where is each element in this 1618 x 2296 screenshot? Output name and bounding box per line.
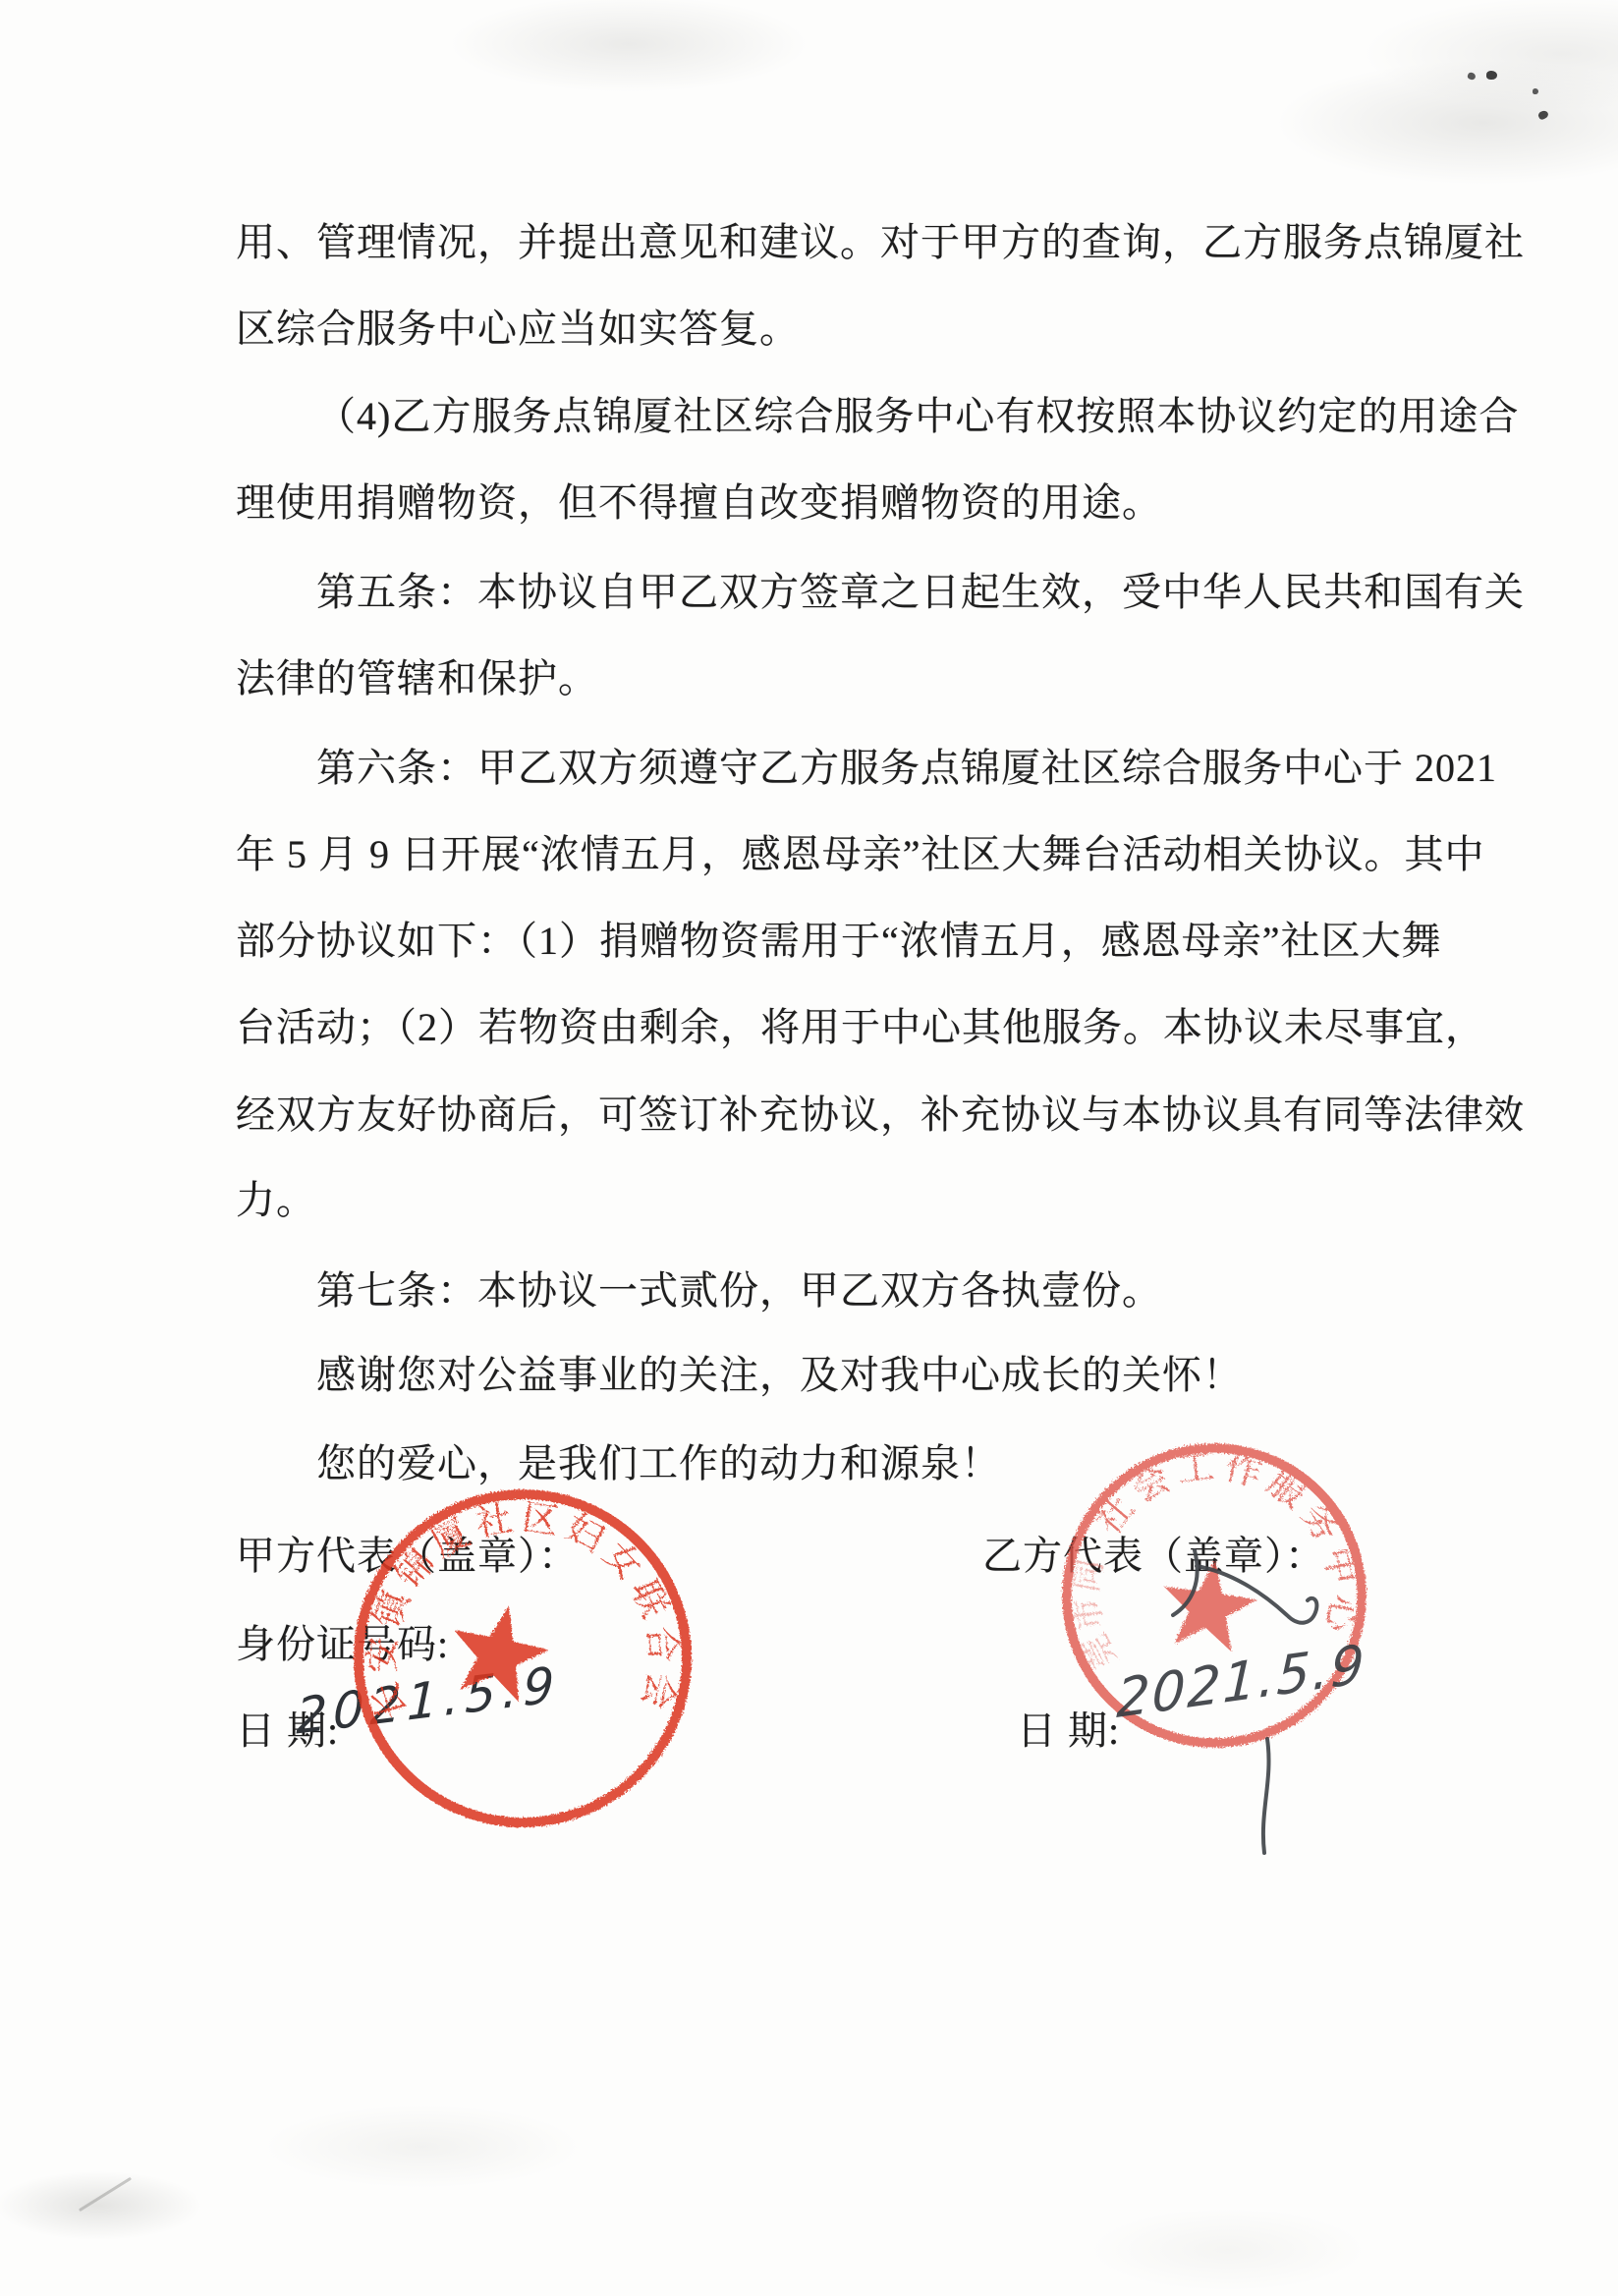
scan-speckle (1533, 88, 1538, 94)
handwritten-signature-party-b: 2021.5.9 (1032, 1356, 1444, 1867)
body-line: 理使用捐赠物资，但不得擅自改变捐赠物资的用途。 (236, 478, 1162, 528)
body-line: 第五条：本协议自甲乙双方签章之日起生效，受中华人民共和国有关 (316, 568, 1525, 617)
body-line: （4)乙方服务点锦厦社区综合服务中心有权按照本协议约定的用途合 (316, 392, 1519, 441)
body-line: 年 5 月 9 日开展“浓情五月，感恩母亲”社区大舞台活动相关协议。其中 (236, 830, 1485, 879)
party-b-signature-label: 乙方代表（盖章）： (982, 1525, 1325, 1581)
date-label-party-b: 日 期: (1017, 1700, 1120, 1756)
id-number-label: 身份证号码: (236, 1613, 449, 1669)
body-line: 区综合服务中心应当如实答复。 (236, 305, 800, 354)
party-a-signature-label: 甲方代表（盖章）： (236, 1525, 579, 1581)
body-line: 台活动；（2）若物资由剩余，将用于中心其他服务。本协议未尽事宜， (236, 1003, 1485, 1052)
scanned-document-page: 用、管理情况，并提出意见和建议。对于甲方的查询，乙方服务点锦厦社 区综合服务中心… (0, 0, 1618, 2296)
body-line: 您的爱心，是我们工作的动力和源泉！ (316, 1439, 1001, 1488)
scan-speckle (1467, 72, 1477, 81)
scan-scratch-mark (79, 2177, 132, 2212)
body-line: 用、管理情况，并提出意见和建议。对于甲方的查询，乙方服务点锦厦社 (236, 218, 1525, 267)
body-line: 经双方友好协商后，可签订补充协议，补充协议与本协议具有同等法律效 (236, 1091, 1525, 1140)
scan-speckle (1537, 109, 1549, 120)
body-line: 力。 (236, 1176, 316, 1225)
body-line: 法律的管辖和保护。 (236, 654, 598, 703)
body-line: 感谢您对公益事业的关注，及对我中心成长的关怀！ (316, 1351, 1243, 1400)
body-line: 第六条：甲乙双方须遵守乙方服务点锦厦社区综合服务中心于 2021 (316, 744, 1497, 793)
body-line: 部分协议如下：（1）捐赠物资需用于“浓情五月，感恩母亲”社区大舞 (236, 917, 1442, 966)
seal-b-ring (1067, 1448, 1362, 1743)
scan-speckle (1486, 71, 1497, 80)
handwritten-date-party-b: 2021.5.9 (1116, 1632, 1367, 1730)
signature-tail (1263, 1739, 1269, 1853)
body-line: 第七条：本协议一式贰份，甲乙双方各执壹份。 (316, 1266, 1162, 1316)
